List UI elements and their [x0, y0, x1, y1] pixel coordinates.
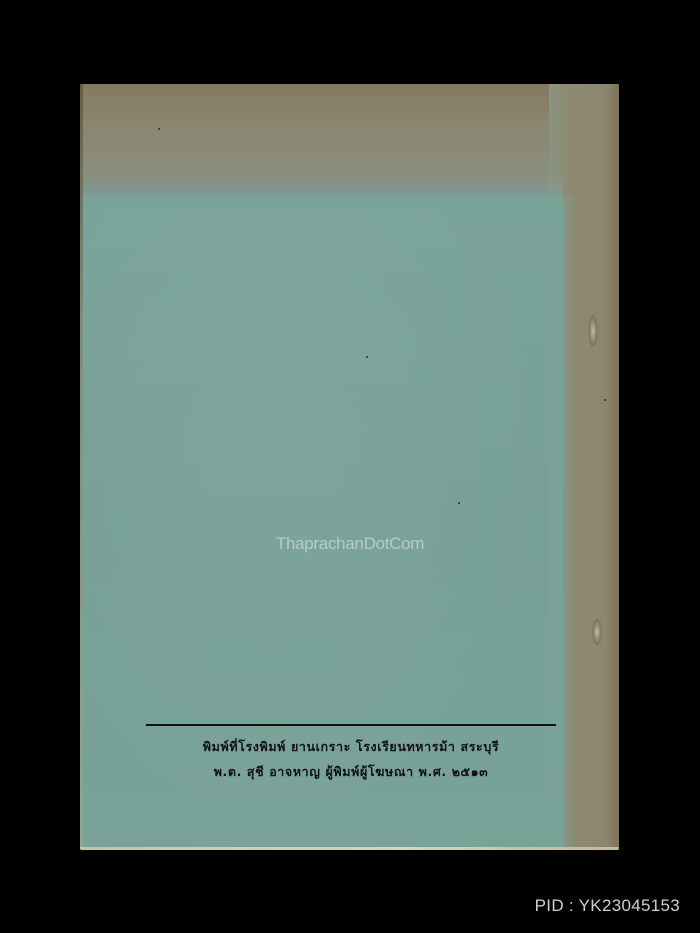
paper-speck — [158, 128, 160, 130]
imprint-printer-line: พิมพ์ที่โรงพิมพ์ ยานเกราะ โรงเรียนทหารม้… — [146, 737, 556, 757]
pid-label: PID : YK23045153 — [535, 896, 680, 916]
paper-speck — [458, 502, 460, 504]
watermark-text: ThaprachanDotCom — [0, 534, 700, 554]
book-back-cover: พิมพ์ที่โรงพิมพ์ ยานเกราะ โรงเรียนทหารม้… — [80, 84, 619, 850]
paper-crease — [592, 618, 602, 646]
imprint-divider-rule — [146, 724, 556, 726]
cover-left-edge — [80, 84, 83, 850]
paper-speck — [604, 399, 606, 401]
cover-bottom-edge — [80, 847, 619, 850]
paper-crease — [588, 314, 598, 348]
paper-speck — [366, 356, 368, 358]
cover-color-transition — [80, 176, 563, 206]
imprint-publisher-line: พ.ต. สุชี อาจหาญ ผู้พิมพ์ผู้โฆษณา พ.ศ. ๒… — [146, 762, 556, 782]
